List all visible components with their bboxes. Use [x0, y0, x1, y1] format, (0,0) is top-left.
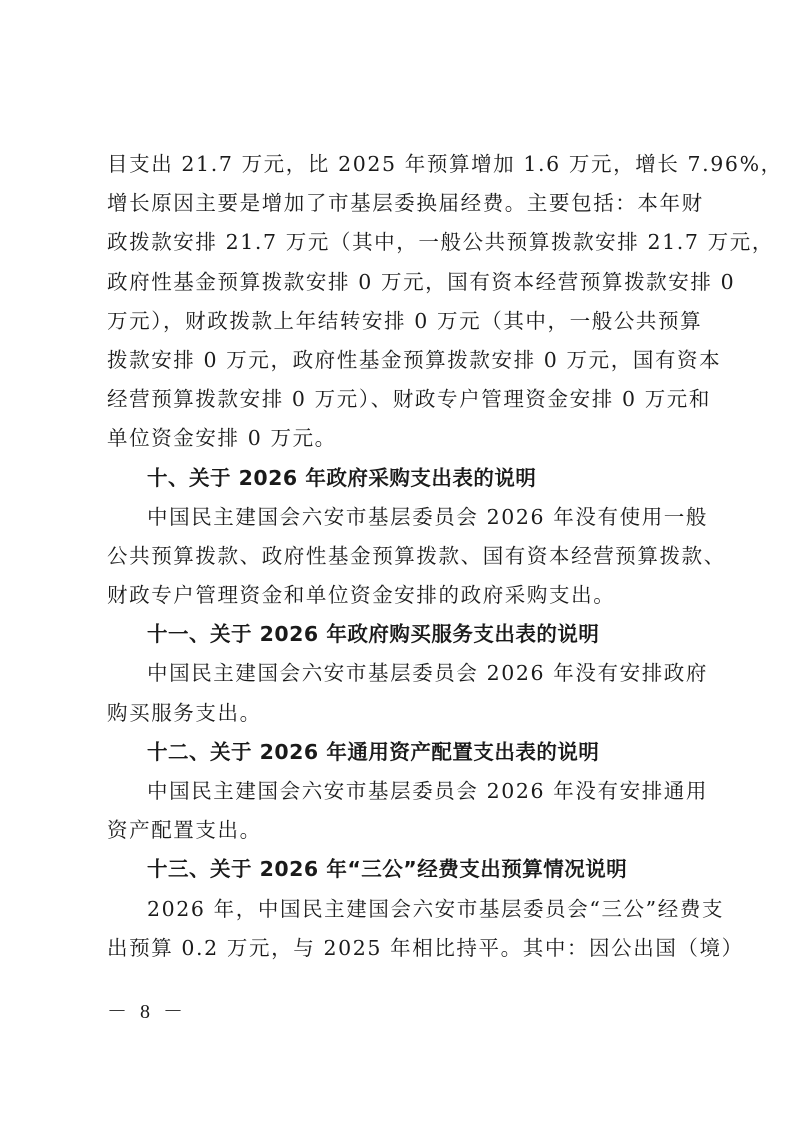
paragraph-line: 中国民主建国会六安市基层委员会 2026 年没有使用一般 — [107, 498, 689, 537]
paragraph-line: 中国民主建国会六安市基层委员会 2026 年没有安排政府 — [107, 654, 689, 693]
paragraph-line: 万元），财政拨款上年结转安排 0 万元（其中，一般公共预算 — [107, 302, 689, 341]
page-number: － 8 － — [107, 995, 187, 1024]
paragraph-line: 政府性基金预算拨款安排 0 万元，国有资本经营预算拨款安排 0 — [107, 263, 689, 302]
paragraph-line: 目支出 21.7 万元，比 2025 年预算增加 1.6 万元，增长 7.96%… — [107, 145, 689, 184]
section-heading-11: 十一、关于 2026 年政府购买服务支出表的说明 — [107, 615, 689, 654]
paragraph-line: 2026 年，中国民主建国会六安市基层委员会“三公”经费支 — [107, 890, 689, 929]
paragraph-line: 公共预算拨款、政府性基金预算拨款、国有资本经营预算拨款、 — [107, 537, 689, 576]
paragraph-line: 购买服务支出。 — [107, 694, 689, 733]
document-page: 目支出 21.7 万元，比 2025 年预算增加 1.6 万元，增长 7.96%… — [107, 145, 689, 968]
paragraph-line: 资产配置支出。 — [107, 811, 689, 850]
section-heading-13: 十三、关于 2026 年“三公”经费支出预算情况说明 — [107, 850, 689, 889]
paragraph-line: 政拨款安排 21.7 万元（其中，一般公共预算拨款安排 21.7 万元， — [107, 223, 689, 262]
paragraph-line: 单位资金安排 0 万元。 — [107, 419, 689, 458]
section-heading-10: 十、关于 2026 年政府采购支出表的说明 — [107, 459, 689, 498]
section-heading-12: 十二、关于 2026 年通用资产配置支出表的说明 — [107, 733, 689, 772]
paragraph-line: 拨款安排 0 万元，政府性基金预算拨款安排 0 万元，国有资本 — [107, 341, 689, 380]
paragraph-line: 中国民主建国会六安市基层委员会 2026 年没有安排通用 — [107, 772, 689, 811]
paragraph-line: 经营预算拨款安排 0 万元）、财政专户管理资金安排 0 万元和 — [107, 380, 689, 419]
paragraph-line: 增长原因主要是增加了市基层委换届经费。主要包括：本年财 — [107, 184, 689, 223]
paragraph-line: 财政专户管理资金和单位资金安排的政府采购支出。 — [107, 576, 689, 615]
paragraph-line: 出预算 0.2 万元，与 2025 年相比持平。其中：因公出国（境） — [107, 929, 689, 968]
